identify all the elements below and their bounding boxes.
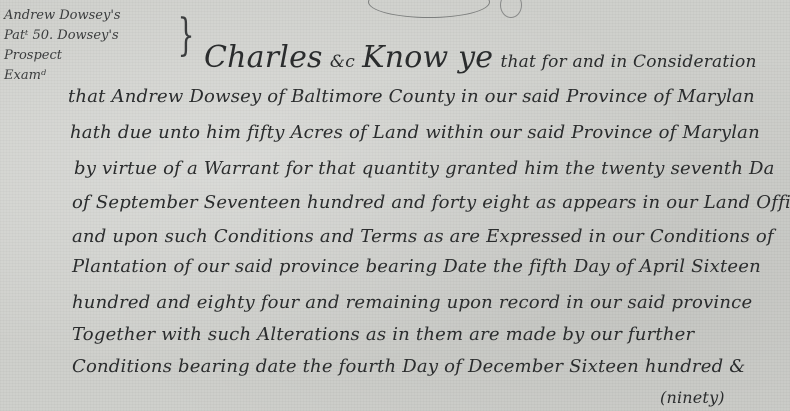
body-line: of September Seventeen hundred and forty…	[72, 192, 790, 213]
final-fragment: (ninety)	[660, 388, 725, 407]
body-line: Conditions bearing date the fourth Day o…	[72, 356, 745, 377]
opening-verb: Know ye	[362, 40, 493, 75]
opening-line: Charles &c Know ye that for and in Consi…	[204, 40, 757, 75]
manuscript-page: Andrew Dowsey's Patᵗ 50. Dowsey's Prospe…	[0, 0, 790, 411]
body-line: Together with such Alterations as in the…	[72, 324, 694, 345]
body-line: that Andrew Dowsey of Baltimore County i…	[68, 86, 755, 107]
patent-body: Charles &c Know ye that for and in Consi…	[0, 0, 790, 411]
body-line: by virtue of a Warrant for that quantity…	[74, 158, 775, 179]
body-line: hath due unto him fifty Acres of Land wi…	[70, 122, 760, 143]
body-line: hundred and eighty four and remaining up…	[72, 292, 752, 313]
body-line: and upon such Conditions and Terms as ar…	[72, 226, 774, 247]
opening-name: Charles	[204, 40, 323, 75]
body-line: Plantation of our said province bearing …	[72, 256, 761, 277]
opening-connector: &c	[330, 52, 355, 72]
opening-rest: that for and in Consideration	[500, 52, 756, 72]
